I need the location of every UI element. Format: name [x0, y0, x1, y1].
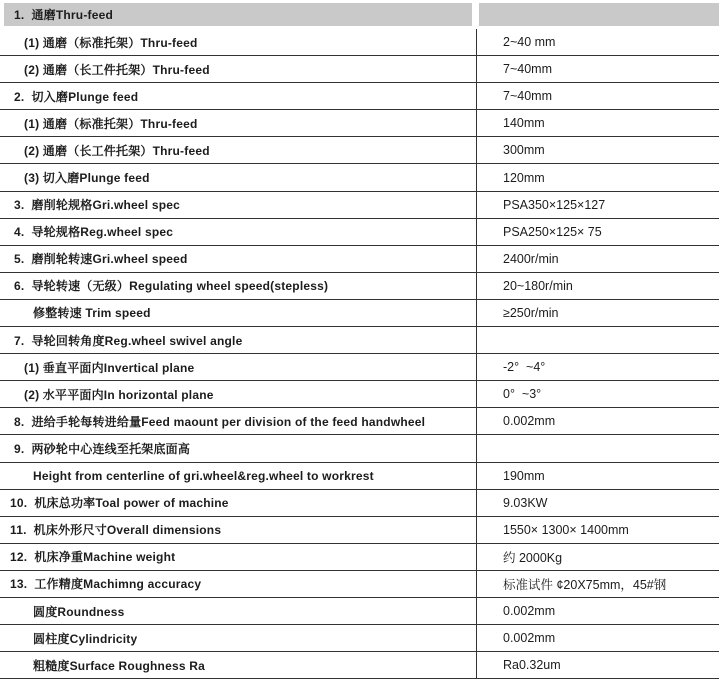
- table-row: 粗糙度Surface Roughness RaRa0.32um: [0, 652, 719, 679]
- spec-label: (1) 垂直平面内Invertical plane: [0, 354, 477, 380]
- spec-value: 1550× 1300× 1400mm: [477, 517, 719, 543]
- spec-label: 圆柱度Cylindricity: [0, 625, 477, 651]
- spec-label: 6. 导轮转速（无级）Regulating wheel speed(steple…: [0, 273, 477, 299]
- spec-value: 300mm: [477, 137, 719, 163]
- spec-value: 约 2000Kg: [477, 544, 719, 570]
- table-row: 11. 机床外形尺寸Overall dimensions1550× 1300× …: [0, 517, 719, 544]
- machine-spec-table: 1. 通磨Thru-feed(1) 通磨（标准托架）Thru-feed2~40 …: [0, 3, 719, 679]
- section-header-row: 1. 通磨Thru-feed: [0, 3, 719, 26]
- spec-label: 8. 进给手轮每转进给量Feed maount per division of …: [0, 408, 477, 434]
- spec-label: 12. 机床净重Machine weight: [0, 544, 477, 570]
- spec-label: (3) 切入磨Plunge feed: [0, 164, 477, 190]
- table-row: 3. 磨削轮规格Gri.wheel specPSA350×125×127: [0, 192, 719, 219]
- spec-label: (2) 通磨（长工件托架）Thru-feed: [0, 137, 477, 163]
- table-row: 圆度Roundness0.002mm: [0, 598, 719, 625]
- spec-label: (2) 水平平面内In horizontal plane: [0, 381, 477, 407]
- table-row: 8. 进给手轮每转进给量Feed maount per division of …: [0, 408, 719, 435]
- spec-label: (1) 通磨（标准托架）Thru-feed: [0, 29, 477, 55]
- spec-value: Ra0.32um: [477, 652, 719, 678]
- table-row: Height from centerline of gri.wheel&reg.…: [0, 463, 719, 490]
- table-row: 10. 机床总功率Toal power of machine9.03KW: [0, 490, 719, 517]
- spec-value: -2° ~4°: [477, 354, 719, 380]
- spec-label: (2) 通磨（长工件托架）Thru-feed: [0, 56, 477, 82]
- spec-value: ≥250r/min: [477, 300, 719, 326]
- table-row: 13. 工作精度Machimng accuracy标准试件 ¢20X75mm，4…: [0, 571, 719, 598]
- spec-label: 2. 切入磨Plunge feed: [0, 83, 477, 109]
- spec-label: 修整转速 Trim speed: [0, 300, 477, 326]
- table-row: (1) 通磨（标准托架）Thru-feed140mm: [0, 110, 719, 137]
- table-row: 圆柱度Cylindricity0.002mm: [0, 625, 719, 652]
- spec-value: 2400r/min: [477, 246, 719, 272]
- spec-value: 7~40mm: [477, 56, 719, 82]
- spec-value: PSA350×125×127: [477, 192, 719, 218]
- spec-label: 11. 机床外形尺寸Overall dimensions: [0, 517, 477, 543]
- spec-label: 7. 导轮回转角度Reg.wheel swivel angle: [0, 327, 477, 353]
- spec-value: 120mm: [477, 164, 719, 190]
- table-row: (2) 通磨（长工件托架）Thru-feed300mm: [0, 137, 719, 164]
- table-row: 6. 导轮转速（无级）Regulating wheel speed(steple…: [0, 273, 719, 300]
- table-row: (1) 通磨（标准托架）Thru-feed2~40 mm: [0, 29, 719, 56]
- table-row: 4. 导轮规格Reg.wheel specPSA250×125× 75: [0, 219, 719, 246]
- spec-value: 2~40 mm: [477, 29, 719, 55]
- spec-value: PSA250×125× 75: [477, 219, 719, 245]
- table-row: 7. 导轮回转角度Reg.wheel swivel angle: [0, 327, 719, 354]
- spec-value: [477, 435, 719, 461]
- spec-value: [477, 327, 719, 353]
- spec-label: 10. 机床总功率Toal power of machine: [0, 490, 477, 516]
- spec-value: 190mm: [477, 463, 719, 489]
- spec-value: [479, 3, 719, 26]
- spec-label: 13. 工作精度Machimng accuracy: [0, 571, 477, 597]
- spec-value: 0.002mm: [477, 598, 719, 624]
- table-row: (2) 通磨（长工件托架）Thru-feed7~40mm: [0, 56, 719, 83]
- spec-label: Height from centerline of gri.wheel&reg.…: [0, 463, 477, 489]
- spec-value: 0° ~3°: [477, 381, 719, 407]
- spec-label: 4. 导轮规格Reg.wheel spec: [0, 219, 477, 245]
- spec-value: 9.03KW: [477, 490, 719, 516]
- spec-label: 5. 磨削轮转速Gri.wheel speed: [0, 246, 477, 272]
- table-row: (1) 垂直平面内Invertical plane-2° ~4°: [0, 354, 719, 381]
- spec-label: 3. 磨削轮规格Gri.wheel spec: [0, 192, 477, 218]
- spec-value: 0.002mm: [477, 408, 719, 434]
- spec-value: 20~180r/min: [477, 273, 719, 299]
- spec-value: 标准试件 ¢20X75mm，45#钢: [477, 571, 719, 597]
- table-row: 2. 切入磨Plunge feed7~40mm: [0, 83, 719, 110]
- spec-label: 粗糙度Surface Roughness Ra: [0, 652, 477, 678]
- spec-value: 7~40mm: [477, 83, 719, 109]
- spec-value: 140mm: [477, 110, 719, 136]
- spec-label: 9. 两砂轮中心连线至托架底面高: [0, 435, 477, 461]
- spec-label: (1) 通磨（标准托架）Thru-feed: [0, 110, 477, 136]
- spec-label: 圆度Roundness: [0, 598, 477, 624]
- table-row: (2) 水平平面内In horizontal plane0° ~3°: [0, 381, 719, 408]
- table-row: 修整转速 Trim speed≥250r/min: [0, 300, 719, 327]
- table-row: 12. 机床净重Machine weight约 2000Kg: [0, 544, 719, 571]
- table-row: (3) 切入磨Plunge feed120mm: [0, 164, 719, 191]
- table-row: 5. 磨削轮转速Gri.wheel speed2400r/min: [0, 246, 719, 273]
- table-row: 9. 两砂轮中心连线至托架底面高: [0, 435, 719, 462]
- spec-value: 0.002mm: [477, 625, 719, 651]
- spec-label: 1. 通磨Thru-feed: [4, 3, 472, 26]
